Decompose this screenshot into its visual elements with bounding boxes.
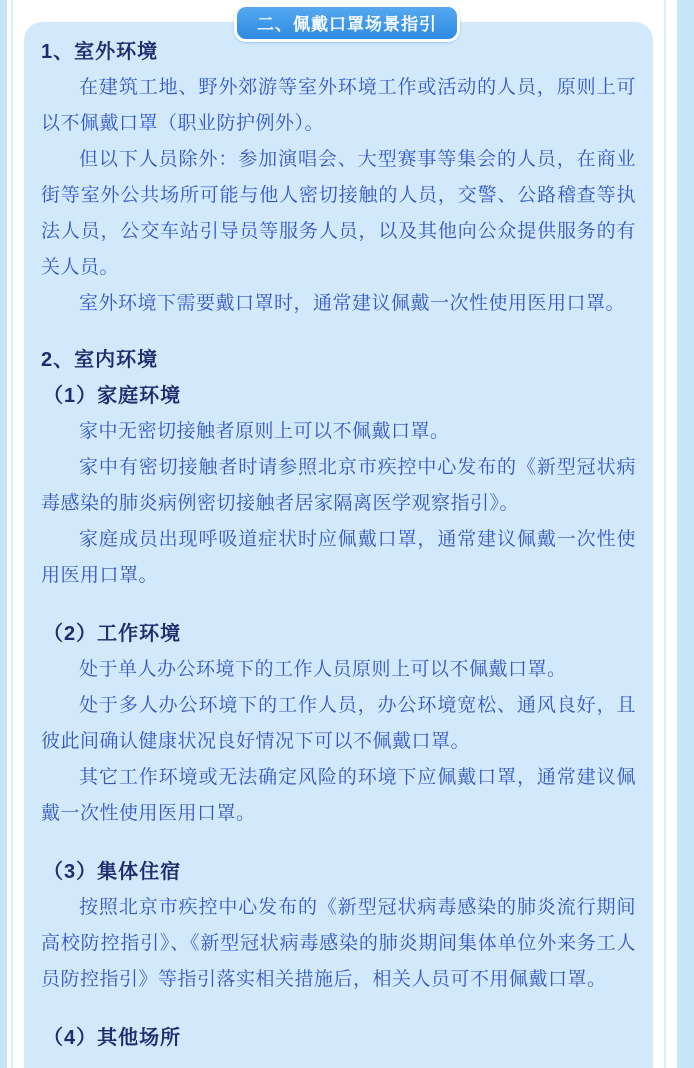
left-edge-line — [11, 0, 13, 1068]
paragraph-outdoor-3: 室外环境下需要戴口罩时，通常建议佩戴一次性使用医用口罩。 — [41, 286, 636, 322]
paragraph-work-2: 处于多人办公环境下的工作人员，办公环境宽松、通风良好，且彼此间确认健康状况良好情… — [41, 688, 636, 760]
left-edge-strip — [0, 0, 7, 1068]
content-card: 1、室外环境 在建筑工地、野外郊游等室外环境工作或活动的人员，原则上可以不佩戴口… — [24, 22, 653, 1068]
paragraph-home-2: 家中有密切接触者时请参照北京市疾控中心发布的《新型冠状病毒感染的肺炎病例密切接触… — [41, 450, 636, 522]
paragraph-home-3: 家庭成员出现呼吸道症状时应佩戴口罩，通常建议佩戴一次性使用医用口罩。 — [41, 522, 636, 594]
paragraph-outdoor-1: 在建筑工地、野外郊游等室外环境工作或活动的人员，原则上可以不佩戴口罩（职业防护例… — [41, 70, 636, 142]
paragraph-work-1: 处于单人办公环境下的工作人员原则上可以不佩戴口罩。 — [41, 652, 636, 688]
article-page: 二、佩戴口罩场景指引 1、室外环境 在建筑工地、野外郊游等室外环境工作或活动的人… — [0, 0, 694, 1068]
right-edge-strip — [677, 0, 694, 1068]
paragraph-dorm-1: 按照北京市疾控中心发布的《新型冠状病毒感染的肺炎流行期间高校防控指引》、《新型冠… — [41, 890, 636, 998]
paragraph-home-1: 家中无密切接触者原则上可以不佩戴口罩。 — [41, 414, 636, 450]
paragraph-work-3: 其它工作环境或无法确定风险的环境下应佩戴口罩，通常建议佩戴一次性使用医用口罩。 — [41, 760, 636, 832]
heading-indoor-environment: 2、室内环境 — [41, 342, 636, 378]
heading-home-environment: （1）家庭环境 — [41, 378, 636, 414]
section-title-badge: 二、佩戴口罩场景指引 — [234, 4, 460, 42]
heading-work-environment: （2）工作环境 — [41, 616, 636, 652]
heading-other-places: （4）其他场所 — [41, 1020, 636, 1056]
paragraph-outdoor-2: 但以下人员除外：参加演唱会、大型赛事等集会的人员，在商业街等室外公共场所可能与他… — [41, 142, 636, 286]
right-edge-line — [664, 0, 666, 1068]
heading-collective-accommodation: （3）集体住宿 — [41, 854, 636, 890]
